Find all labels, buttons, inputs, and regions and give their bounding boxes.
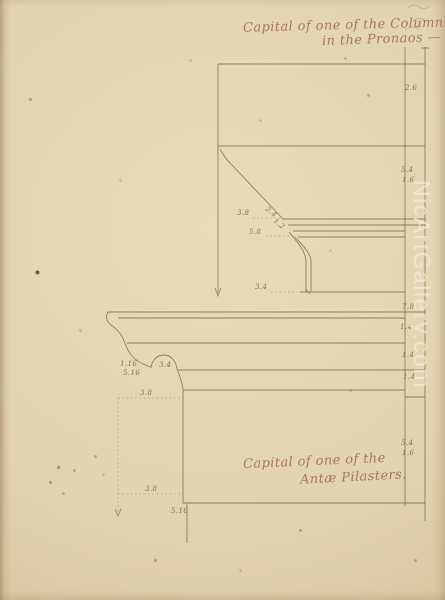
pronaos-capital-profile — [215, 64, 425, 296]
ovolo-curve — [107, 312, 124, 341]
corner-pencil-marks — [405, 5, 430, 30]
cavetto-curve — [127, 348, 151, 367]
neck-curve-outer — [289, 232, 306, 292]
antae-pilaster-capital-profile — [107, 312, 425, 543]
echinus-slope — [220, 149, 283, 219]
pronaos-dotted-guides — [253, 218, 299, 292]
astragal-bead — [151, 355, 177, 369]
neck-curve-inner — [295, 237, 311, 291]
drawing-linework — [0, 0, 445, 600]
antae-dotted-guides — [118, 398, 182, 514]
dimension-scale-lines — [405, 47, 429, 521]
